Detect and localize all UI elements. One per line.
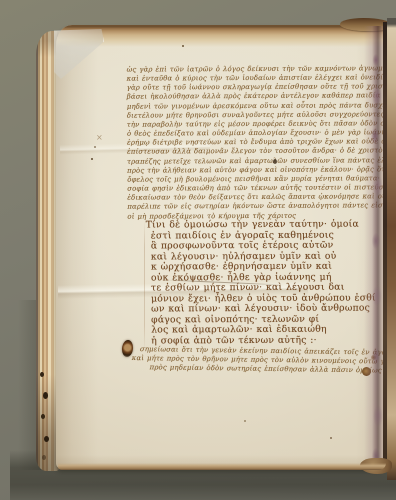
scholia-line: παρέλιπε τῶν εἰς σωτηρίαν ἡκόντων ὥστε ἀ… — [127, 202, 373, 212]
page-bottom-edge — [58, 463, 386, 470]
wormhole-speck — [44, 436, 49, 442]
page-speck — [91, 158, 93, 160]
page-speck — [182, 45, 184, 47]
tape-repair — [54, 29, 104, 79]
gospel-text-block: Τίνι δὲ ὁμοιώσω τὴν γενεὰν ταύτην· ὁμοία… — [151, 220, 362, 347]
wormhole-speck — [40, 372, 44, 377]
ruling-line — [144, 221, 145, 351]
ink-blot — [273, 159, 277, 164]
manuscript-page: ὡς γὰρ ἐπὶ τῶν ἰατρῶν ὁ λόγος δείκνυσι τ… — [56, 25, 386, 469]
page-speck — [330, 437, 332, 439]
page-top-edge — [56, 25, 386, 47]
margin-x-mark: × — [96, 133, 103, 142]
scholia-line: πρὸς μηδεμίαν ὁδὸν σωτηρίας ἐπείσθησαν ἀ… — [150, 364, 376, 376]
facing-page-edge — [387, 18, 396, 480]
wormhole-speck — [43, 392, 48, 399]
page-speck — [94, 146, 96, 148]
wormhole-speck — [41, 414, 45, 419]
photo-background: ὡς γὰρ ἐπὶ τῶν ἰατρῶν ὁ λόγος δείκνυσι τ… — [0, 0, 396, 500]
page-speck — [244, 420, 246, 422]
scholia-bottom-block: σημείωσαι ὅτι τὴν γενεὰν ἐκείνην παιδίοι… — [132, 345, 376, 376]
wormhole-speck — [42, 455, 46, 460]
scholia-top-block: ὡς γὰρ ἐπὶ τῶν ἰατρῶν ὁ λόγος δείκνυσι τ… — [127, 64, 374, 221]
